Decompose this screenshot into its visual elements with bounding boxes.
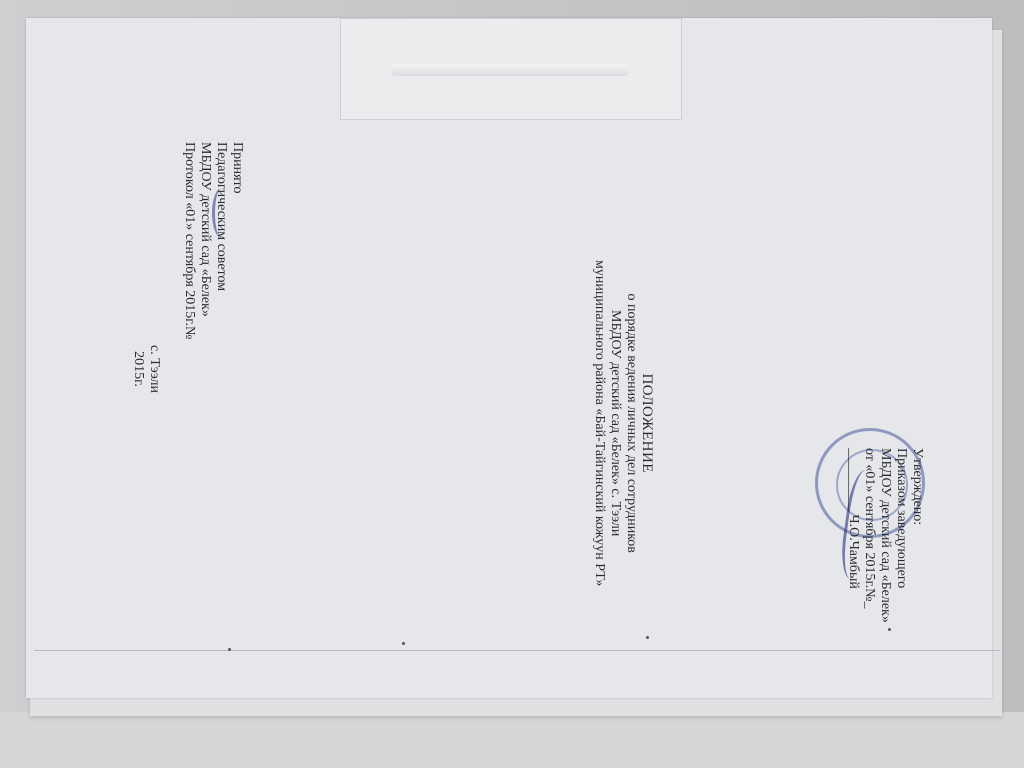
place-block: с. Тээли 2015г. (130, 345, 162, 393)
punch-dot (888, 628, 891, 631)
year: 2015г. (130, 345, 146, 393)
punch-dot (646, 636, 649, 639)
title-line: муниципального района «Бай-Тайгинский ко… (591, 260, 607, 586)
title-block: ПОЛОЖЕНИЕ о порядке ведения личных дел с… (591, 260, 655, 586)
binding-crease (390, 64, 630, 76)
document-title: ПОЛОЖЕНИЕ (639, 260, 655, 586)
accepted-line: МБДОУ детский сад «Белек» (197, 142, 213, 339)
punch-dot (228, 648, 231, 651)
approved-line: Приказом заведующего (893, 448, 909, 623)
accepted-block: Принято Педагогическим советом МБДОУ дет… (181, 142, 245, 339)
approved-line: _________ Ч.О.Чамбый (845, 448, 861, 623)
approved-block: Утверждено: Приказом заведующего МБДОУ д… (845, 448, 925, 623)
approved-line: МБДОУ детский сад «Белек» (877, 448, 893, 623)
handwritten-date (212, 188, 231, 238)
punch-dot (402, 642, 405, 645)
accepted-line: Принято (229, 142, 245, 339)
approved-line: Утверждено: (909, 448, 925, 623)
title-line: МБДОУ детский сад «Белек» с. Тээли (607, 260, 623, 586)
accepted-line: Протокол «01» сентября 2015г.№ (181, 142, 197, 339)
accepted-line: Педагогическим советом (213, 142, 229, 339)
page-fold-line (34, 650, 1000, 651)
approved-line: от «01» сентября 2015г.№_ (861, 448, 877, 623)
city: с. Тээли (146, 345, 162, 393)
table-edge (0, 712, 1024, 768)
title-line: о порядке ведения личных дел сотрудников (623, 260, 639, 586)
